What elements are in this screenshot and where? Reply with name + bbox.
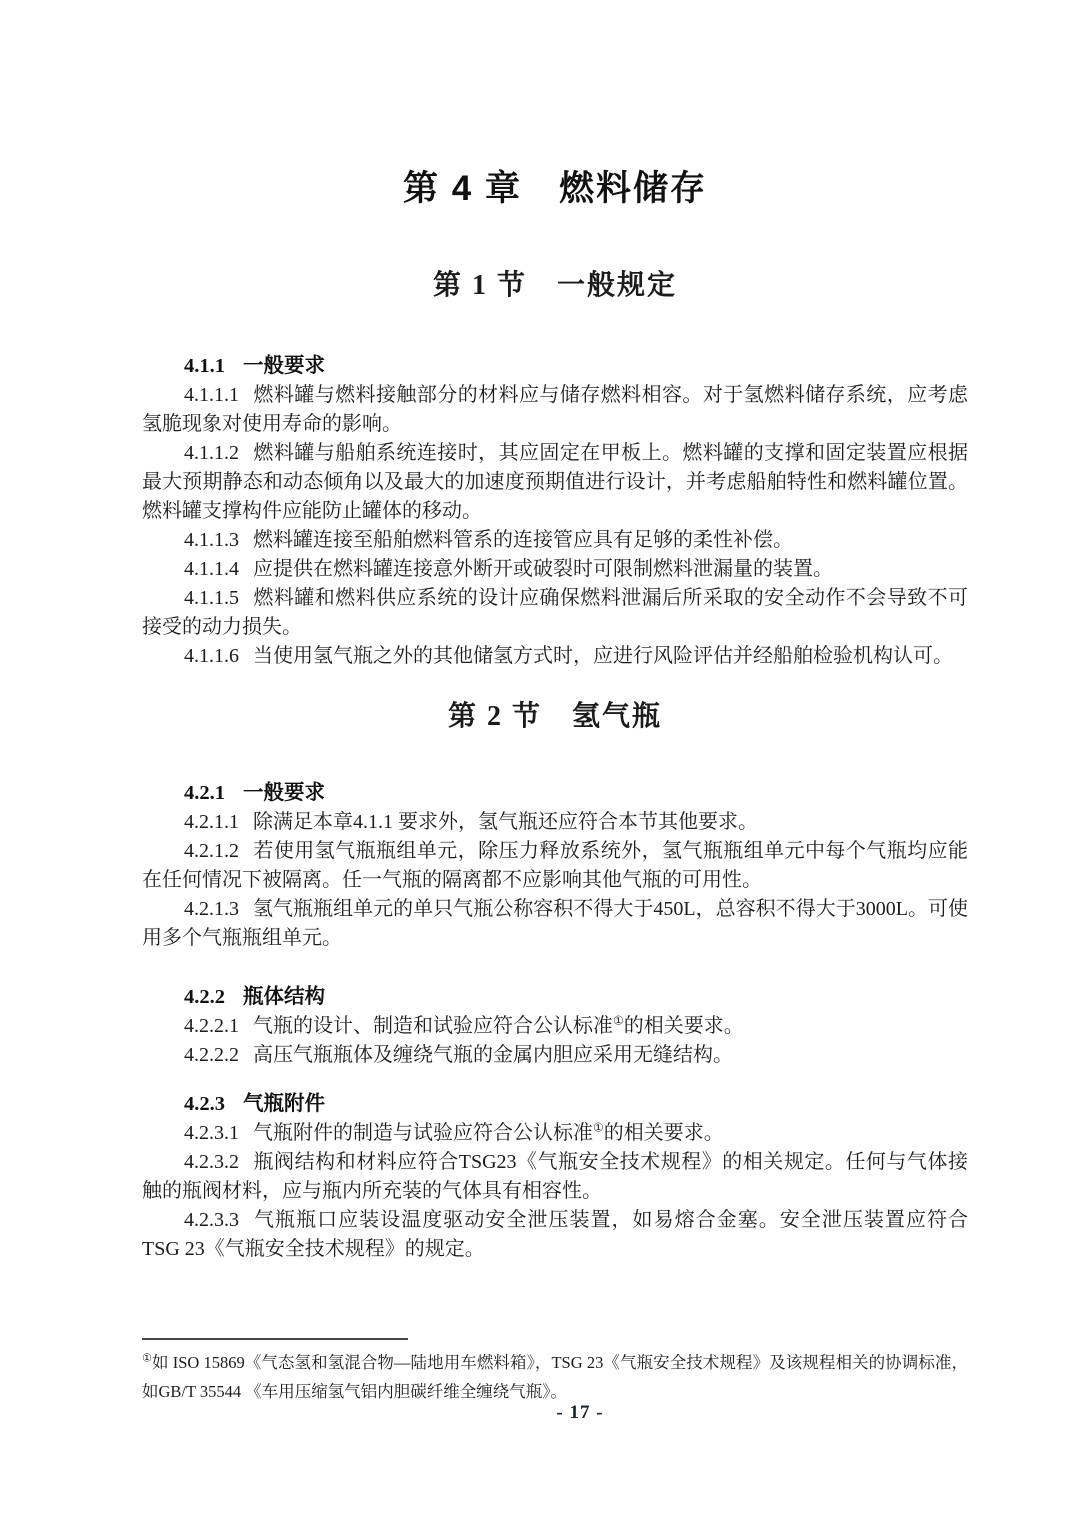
paragraph-number: 4.2.2.1: [184, 1015, 239, 1037]
paragraph-4-1-1-2: 4.1.1.2燃料罐与船舶系统连接时，其应固定在甲板上。燃料罐的支撑和固定装置应…: [142, 439, 968, 526]
document-page: 第 4 章 燃料储存 第 1 节 一般规定 4.1.1一般要求 4.1.1.1燃…: [0, 0, 1080, 1528]
paragraph-text: 当使用氢气瓶之外的其他储氢方式时，应进行风险评估并经船舶检验机构认可。: [253, 645, 953, 667]
section-2-title: 第 2 节 氢气瓶: [142, 697, 968, 737]
paragraph-number: 4.1.1.4: [184, 558, 239, 580]
paragraph-text: 高压气瓶瓶体及缠绕气瓶的金属内胆应采用无缝结构。: [253, 1044, 733, 1066]
footnote-marker: ①: [142, 1353, 152, 1365]
paragraph-number: 4.2.1.3: [184, 898, 239, 920]
paragraph-4-1-1-3: 4.1.1.3燃料罐连接至船舶燃料管系的连接管应具有足够的柔性补偿。: [142, 526, 968, 555]
paragraph-text: 燃料罐与船舶系统连接时，其应固定在甲板上。燃料罐的支撑和固定装置应根据最大预期静…: [142, 442, 968, 522]
subsection-heading-4-1-1: 4.1.1一般要求: [142, 352, 968, 381]
paragraph-number: 4.1.1.1: [184, 384, 239, 406]
subsection-heading-4-2-1: 4.2.1一般要求: [142, 779, 968, 808]
footnote: ①如 ISO 15869《气态氢和氢混合物—陆地用车燃料箱》，TSG 23《气瓶…: [142, 1338, 968, 1406]
paragraph-4-1-1-4: 4.1.1.4应提供在燃料罐连接意外断开或破裂时可限制燃料泄漏量的装置。: [142, 555, 968, 584]
paragraph-text: 若使用氢气瓶瓶组单元，除压力释放系统外，氢气瓶瓶组单元中每个气瓶均应能在任何情况…: [142, 840, 968, 891]
footnote-reference-icon: ①: [613, 1013, 624, 1027]
paragraph-text: 的相关要求。: [604, 1122, 724, 1144]
page-content: 第 4 章 燃料储存 第 1 节 一般规定 4.1.1一般要求 4.1.1.1燃…: [142, 0, 968, 1264]
subsection-heading-4-2-3: 4.2.3气瓶附件: [142, 1090, 968, 1119]
subsection-heading-4-2-2: 4.2.2瓶体结构: [142, 983, 968, 1012]
paragraph-text: 气瓶的设计、制造和试验应符合公认标准: [253, 1015, 613, 1037]
paragraph-4-2-1-2: 4.2.1.2若使用氢气瓶瓶组单元，除压力释放系统外，氢气瓶瓶组单元中每个气瓶均…: [142, 837, 968, 895]
subsection-title-text: 一般要求: [243, 782, 325, 804]
subsection-number: 4.2.2: [184, 986, 225, 1008]
section-1-title: 第 1 节 一般规定: [142, 266, 968, 306]
page-number: - 17 -: [80, 1402, 1080, 1424]
footnote-reference-icon: ①: [593, 1120, 604, 1134]
paragraph-text: 氢气瓶瓶组单元的单只气瓶公称容积不得大于450L，总容积不得大于3000L。可使…: [142, 898, 968, 949]
paragraph-4-2-2-2: 4.2.2.2高压气瓶瓶体及缠绕气瓶的金属内胆应采用无缝结构。: [142, 1041, 968, 1070]
subsection-title-text: 一般要求: [243, 355, 325, 377]
subsection-number: 4.1.1: [184, 355, 225, 377]
subsection-number: 4.2.1: [184, 782, 225, 804]
paragraph-number: 4.1.1.2: [184, 442, 239, 464]
paragraph-number: 4.2.1.2: [184, 840, 239, 862]
footnote-separator: [142, 1338, 408, 1340]
paragraph-4-2-1-3: 4.2.1.3氢气瓶瓶组单元的单只气瓶公称容积不得大于450L，总容积不得大于3…: [142, 895, 968, 953]
paragraph-4-2-2-1: 4.2.2.1气瓶的设计、制造和试验应符合公认标准①的相关要求。: [142, 1012, 968, 1041]
paragraph-text: 燃料罐连接至船舶燃料管系的连接管应具有足够的柔性补偿。: [253, 529, 793, 551]
paragraph-text: 除满足本章4.1.1 要求外，氢气瓶还应符合本节其他要求。: [253, 811, 758, 833]
paragraph-4-2-1-1: 4.2.1.1除满足本章4.1.1 要求外，氢气瓶还应符合本节其他要求。: [142, 808, 968, 837]
paragraph-text: 气瓶附件的制造与试验应符合公认标准: [253, 1122, 593, 1144]
paragraph-number: 4.2.2.2: [184, 1044, 239, 1066]
paragraph-text: 气瓶瓶口应装设温度驱动安全泄压装置，如易熔合金塞。安全泄压装置应符合TSG 23…: [142, 1209, 968, 1260]
subsection-title-text: 气瓶附件: [243, 1093, 325, 1115]
subsection-title-text: 瓶体结构: [243, 986, 325, 1008]
paragraph-number: 4.2.3.1: [184, 1122, 239, 1144]
paragraph-text: 瓶阀结构和材料应符合TSG23《气瓶安全技术规程》的相关规定。任何与气体接触的瓶…: [142, 1151, 968, 1202]
paragraph-4-2-3-3: 4.2.3.3气瓶瓶口应装设温度驱动安全泄压装置，如易熔合金塞。安全泄压装置应符…: [142, 1206, 968, 1264]
subsection-number: 4.2.3: [184, 1093, 225, 1115]
paragraph-4-2-3-1: 4.2.3.1气瓶附件的制造与试验应符合公认标准①的相关要求。: [142, 1119, 968, 1148]
paragraph-number: 4.1.1.5: [184, 587, 239, 609]
chapter-title: 第 4 章 燃料储存: [142, 0, 968, 212]
paragraph-4-1-1-1: 4.1.1.1燃料罐与燃料接触部分的材料应与储存燃料相容。对于氢燃料储存系统，应…: [142, 381, 968, 439]
paragraph-number: 4.2.3.3: [184, 1209, 239, 1231]
paragraph-text: 的相关要求。: [624, 1015, 744, 1037]
paragraph-text: 应提供在燃料罐连接意外断开或破裂时可限制燃料泄漏量的装置。: [253, 558, 833, 580]
footnote-body: 如 ISO 15869《气态氢和氢混合物—陆地用车燃料箱》，TSG 23《气瓶安…: [142, 1353, 968, 1401]
paragraph-4-1-1-5: 4.1.1.5燃料罐和燃料供应系统的设计应确保燃料泄漏后所采取的安全动作不会导致…: [142, 584, 968, 642]
paragraph-text: 燃料罐和燃料供应系统的设计应确保燃料泄漏后所采取的安全动作不会导致不可接受的动力…: [142, 587, 968, 638]
footnote-text: ①如 ISO 15869《气态氢和氢混合物—陆地用车燃料箱》，TSG 23《气瓶…: [142, 1348, 968, 1406]
paragraph-text: 燃料罐与燃料接触部分的材料应与储存燃料相容。对于氢燃料储存系统，应考虑氢脆现象对…: [142, 384, 968, 435]
paragraph-number: 4.2.1.1: [184, 811, 239, 833]
paragraph-4-2-3-2: 4.2.3.2瓶阀结构和材料应符合TSG23《气瓶安全技术规程》的相关规定。任何…: [142, 1148, 968, 1206]
paragraph-number: 4.1.1.6: [184, 645, 239, 667]
paragraph-4-1-1-6: 4.1.1.6当使用氢气瓶之外的其他储氢方式时，应进行风险评估并经船舶检验机构认…: [142, 642, 968, 671]
paragraph-number: 4.1.1.3: [184, 529, 239, 551]
paragraph-number: 4.2.3.2: [184, 1151, 239, 1173]
